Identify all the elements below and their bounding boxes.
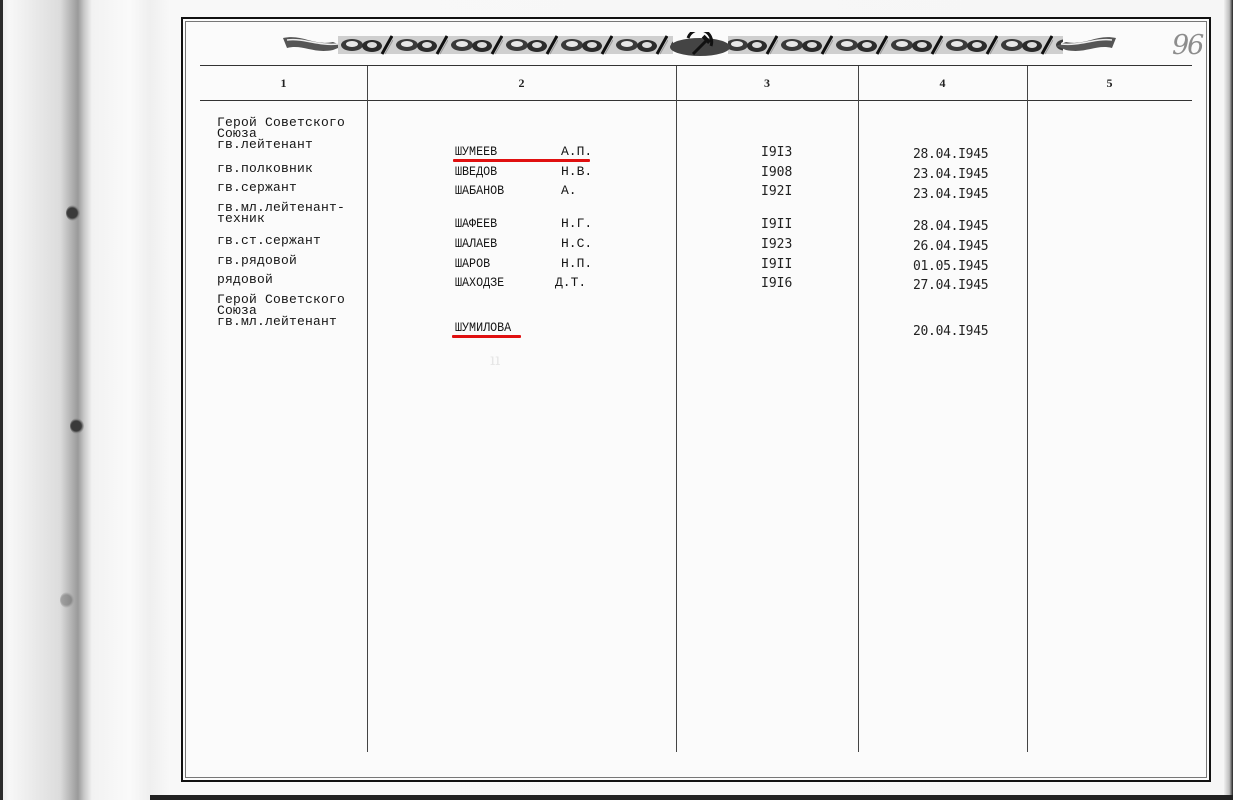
column-divider [1027,66,1028,752]
wreath-ornament-icon [283,32,1116,58]
entry-date: 26.04.I945 [913,240,988,253]
entry-rank: рядовой [217,274,273,285]
entry-birth-year: I923 [761,238,792,251]
column-divider [367,66,368,752]
column-header-2: 2 [367,76,676,91]
binding-hole [60,592,74,608]
entry-date: 27.04.I945 [913,279,988,292]
binding-hole [66,205,80,221]
entry-initials: Д.Т. [555,276,586,289]
entry-initials: Н.Г. [561,217,592,230]
entry-surname: ШАЛАЕВ [455,237,497,250]
column-header-3: 3 [676,76,858,91]
entry-rank: гв.рядовой [217,255,297,266]
column-divider [676,66,677,752]
highlight-underline [453,159,590,162]
entry-surname: ШАФЕЕВ [455,217,497,230]
entry-birth-year: I9II [761,218,792,231]
column-header-4: 4 [858,76,1027,91]
entry-surname: ШУМИЛОВА [455,321,511,334]
highlight-underline [452,335,521,338]
entry-birth-year: I9I6 [761,277,792,290]
entry-rank: Герой Советского Союза гв.лейтенант [217,117,345,150]
entry-initials: Н.С. [561,237,592,250]
entry-rank: гв.ст.сержант [217,235,321,246]
entry-surname: ШАРОВ [455,257,490,270]
entry-initials: Н.В. [561,165,592,178]
entry-date: 28.04.I945 [913,220,988,233]
entry-birth-year: I9II [761,258,792,271]
faint-stamp-mark: ıı [490,350,500,369]
column-header-5: 5 [1027,76,1192,91]
entry-date: 01.05.I945 [913,260,988,273]
entry-initials: А. [561,184,577,197]
binding-edge [0,0,3,800]
entry-birth-year: I92I [761,185,792,198]
page-right-edge [1224,0,1233,800]
entry-surname: ШВЕДОВ [455,165,497,178]
entry-date: 23.04.I945 [913,188,988,201]
entry-birth-year: I908 [761,166,792,179]
header-top-rule [200,65,1192,66]
column-divider [858,66,859,752]
page-bottom-edge [150,795,1233,800]
entry-surname: ШАБАНОВ [455,184,504,197]
entry-rank: гв.полковник [217,163,313,174]
header-bottom-rule [200,100,1192,101]
column-header-1: 1 [200,76,367,91]
entry-rank: гв.сержант [217,182,297,193]
entry-initials: А.П. [561,145,592,158]
entry-date: 20.04.I945 [913,325,988,338]
entry-birth-year: I9I3 [761,146,792,159]
page-number: 96 [1172,30,1202,61]
entry-rank: Герой Советского Союза гв.мл.лейтенант [217,294,345,327]
entry-surname: ШАХОДЗЕ [455,276,504,289]
entry-surname: ШУМЕЕВ [455,145,497,158]
entry-initials: Н.П. [561,257,592,270]
entry-rank: гв.мл.лейтенант- техник [217,202,345,224]
entry-date: 28.04.I945 [913,148,988,161]
binding-hole [70,418,84,434]
entry-date: 23.04.I945 [913,168,988,181]
